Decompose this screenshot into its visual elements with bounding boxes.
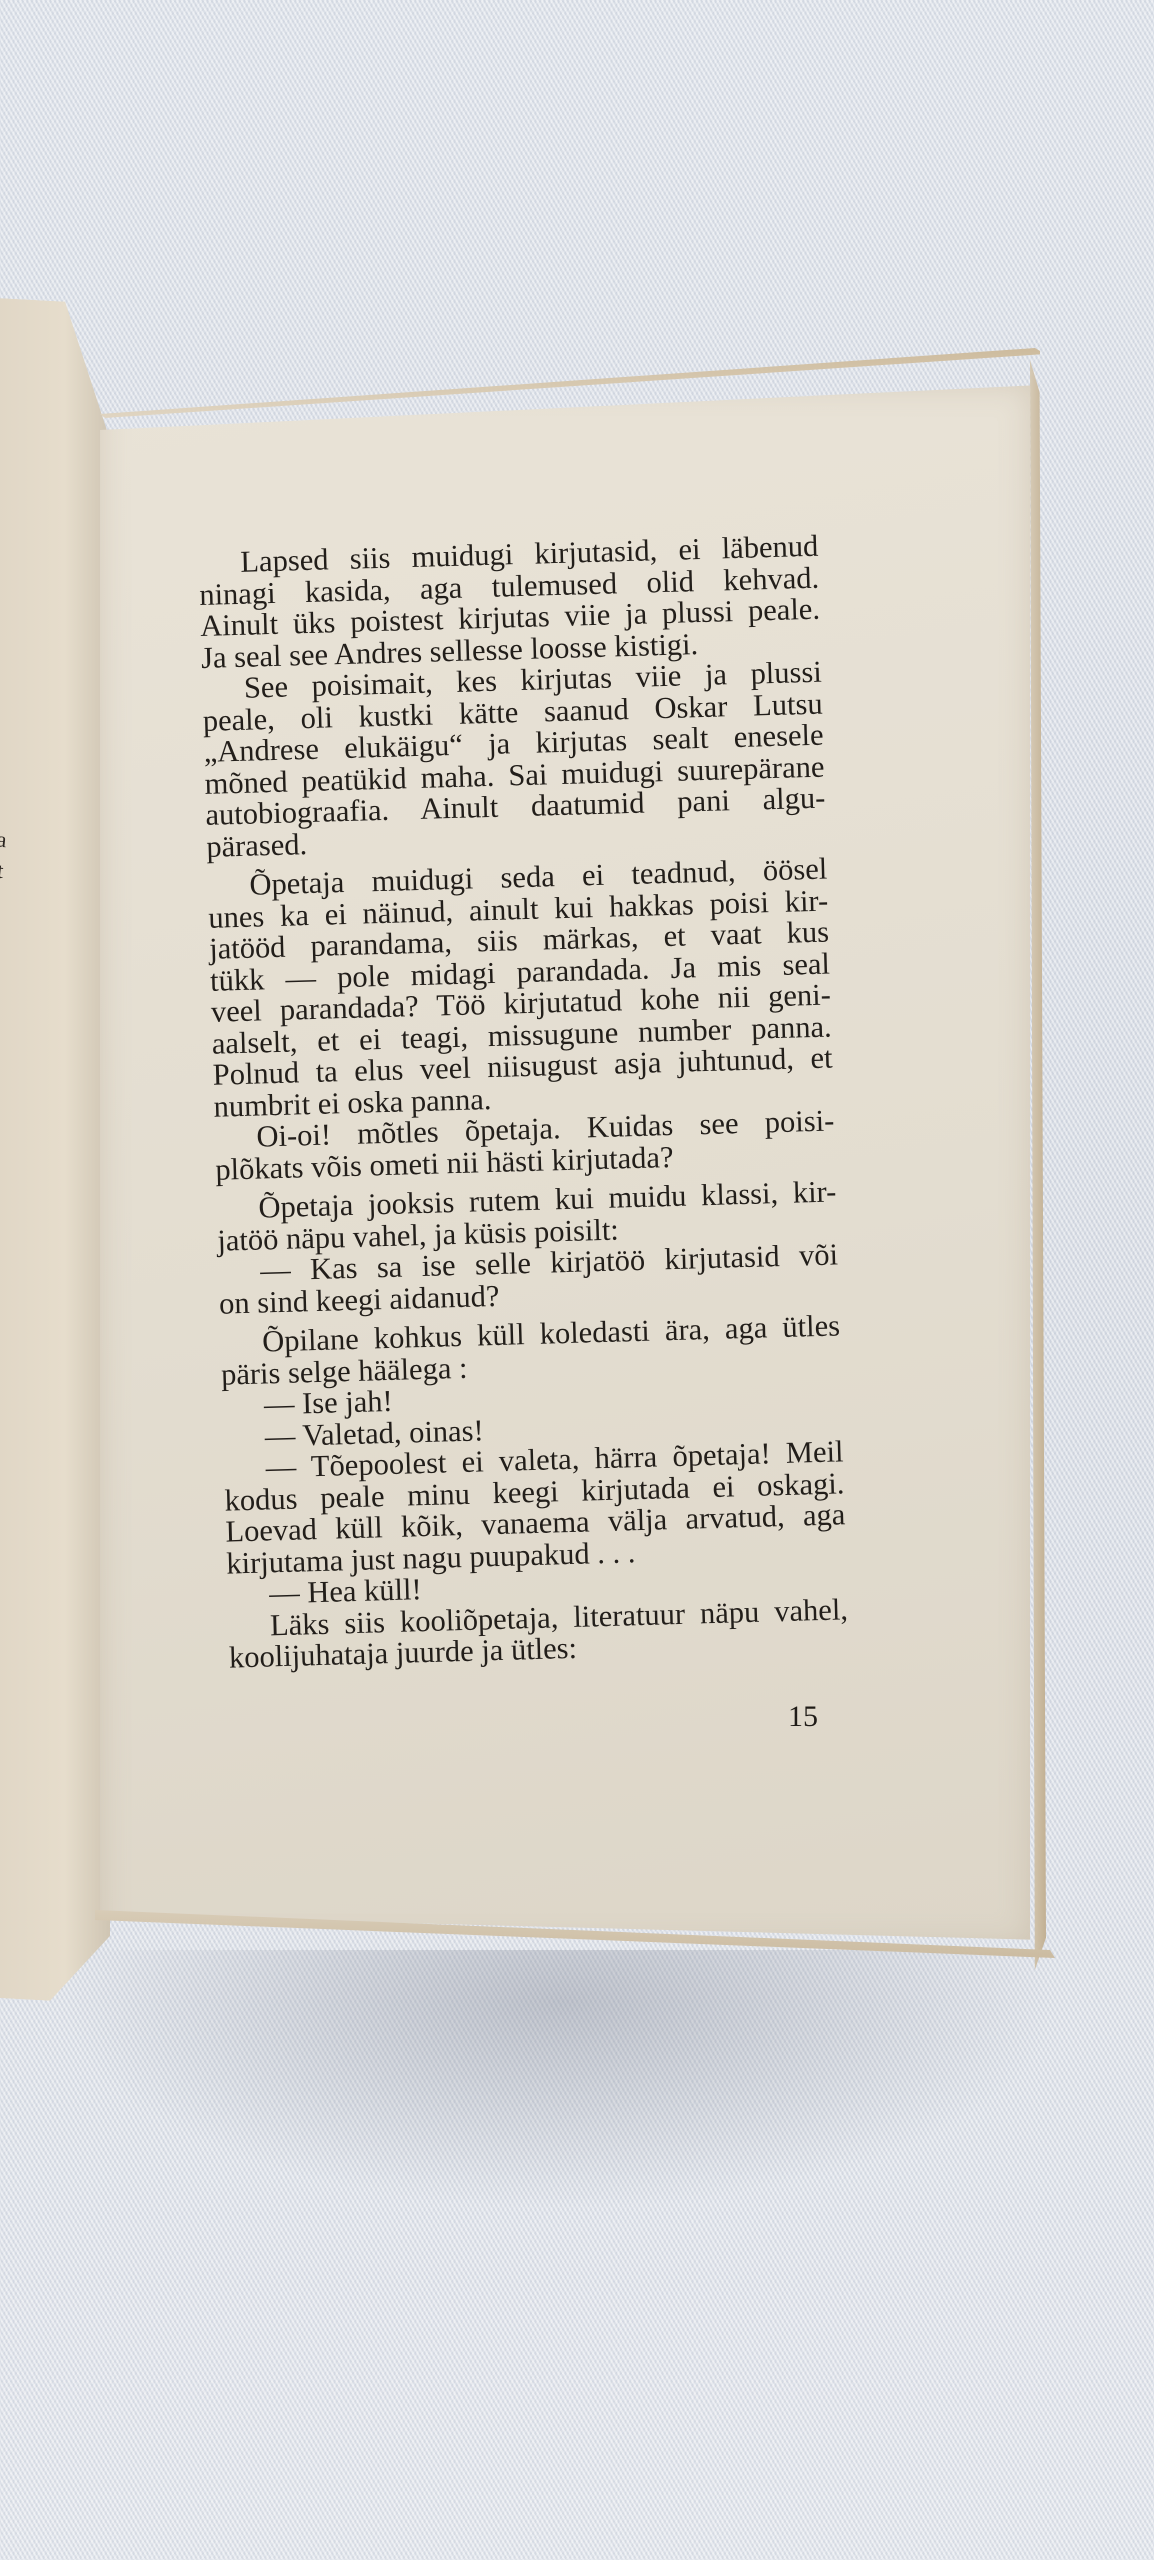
page-body-text: Lapsed siis muidugi kirjutasid, ei läben… (198, 531, 849, 1674)
left-page (0, 296, 110, 2004)
page-edge-right (1030, 360, 1046, 1970)
book-shadow (60, 1950, 1060, 2210)
page-number: 15 (788, 1700, 818, 1734)
